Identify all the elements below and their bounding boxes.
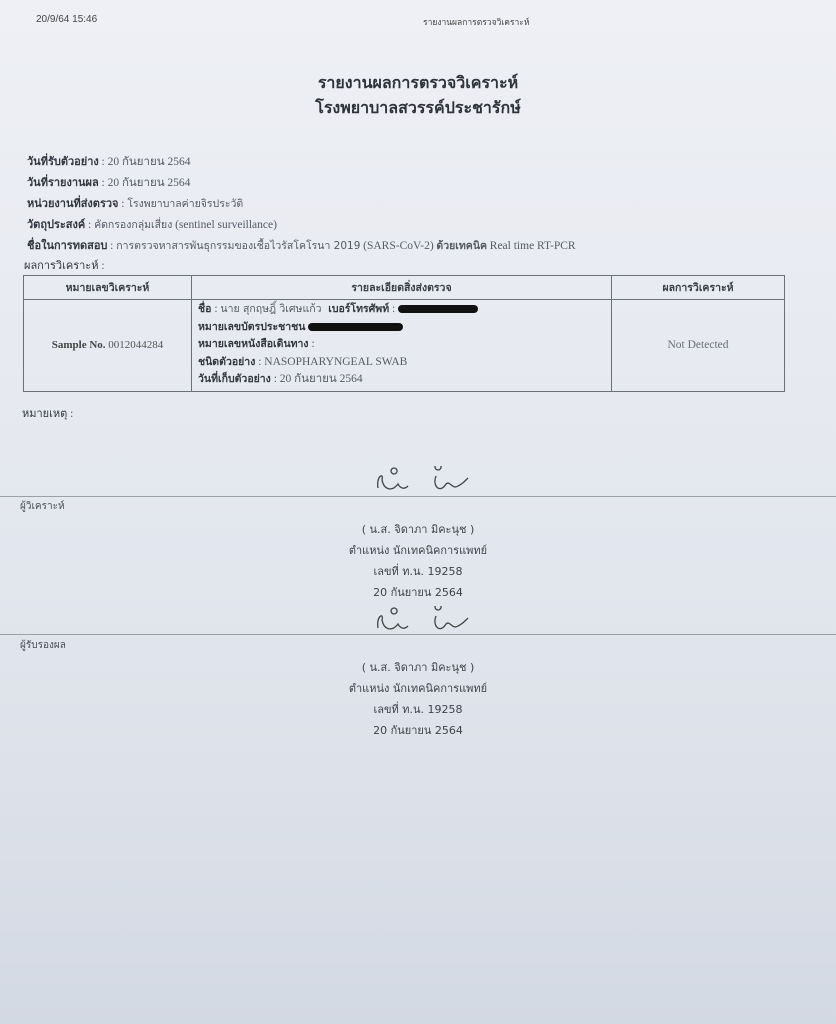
method-label: ด้วยเทคนิค [436, 240, 487, 252]
analyst-position: ตำแหน่ง นักเทคนิคการแพทย์ [0, 540, 836, 561]
field-value: การตรวจหาสารพันธุกรรมของเชื้อไวรัสโคโรนา… [116, 240, 360, 252]
detail-specimen: ชนิดตัวอย่าง : NASOPHARYNGEAL SWAB [192, 354, 611, 372]
print-doc-label: รายงานผลการตรวจวิเคราะห์ [423, 15, 529, 29]
results-table: หมายเลขวิเคราะห์ รายละเอียดสิ่งส่งตรวจ ผ… [23, 275, 785, 392]
field-value-en: (sentinel surveillance) [175, 219, 277, 231]
sample-no-value: 0012044284 [108, 339, 163, 351]
table-row: Sample No. 0012044284 ชื่อ : นาย สุกฤษฎิ… [24, 300, 785, 392]
col-header-result: ผลการวิเคราะห์ [612, 276, 785, 300]
field-value: คัดกรองกลุ่มเสี่ยง [94, 219, 172, 231]
analyst-name: ( น.ส. จิดาภา มิคะนุช ) [0, 519, 836, 540]
field-purpose: วัตถุประสงค์ : คัดกรองกลุ่มเสี่ยง (senti… [27, 215, 277, 233]
specimen-value: NASOPHARYNGEAL SWAB [264, 356, 407, 368]
approver-block: ( น.ส. จิดาภา มิคะนุช ) ตำแหน่ง นักเทคนิ… [0, 657, 836, 741]
field-value: 20 กันยายน 2564 [108, 177, 191, 189]
approver-name: ( น.ส. จิดาภา มิคะนุช ) [0, 657, 836, 678]
sample-no-cell: Sample No. 0012044284 [24, 300, 192, 392]
collect-date-value: 20 กันยายน 2564 [280, 373, 363, 385]
col-header-details: รายละเอียดสิ่งส่งตรวจ [192, 276, 612, 300]
detail-name: ชื่อ : นาย สุกฤษฎิ์ วิเศษแก้ว เบอร์โทรศั… [192, 301, 611, 319]
details-cell: ชื่อ : นาย สุกฤษฎิ์ วิเศษแก้ว เบอร์โทรศั… [192, 300, 612, 392]
field-value: โรงพยาบาลค่ายจิรประวัติ [127, 198, 243, 210]
name-value: นาย สุกฤษฎิ์ วิเศษแก้ว [220, 303, 321, 315]
remark-label: หมายเหตุ [22, 407, 67, 420]
print-datetime: 20/9/64 15:46 [36, 14, 97, 25]
specimen-label: ชนิดตัวอย่าง [198, 356, 255, 368]
analyst-license: เลขที่ ท.น. 19258 [0, 561, 836, 582]
field-received-date: วันที่รับตัวอย่าง : 20 กันยายน 2564 [27, 152, 190, 171]
field-label: ผลการวิเคราะห์ [24, 259, 98, 272]
field-value: 20 กันยายน 2564 [108, 156, 191, 168]
result-cell: Not Detected [612, 300, 785, 392]
divider [0, 496, 836, 497]
id-label: หมายเลขบัตรประชาชน [198, 321, 306, 333]
phone-label: เบอร์โทรศัพท์ [328, 303, 389, 315]
approver-license: เลขที่ ท.น. 19258 [0, 699, 836, 720]
report-title: รายงานผลการตรวจวิเคราะห์ [0, 71, 836, 96]
table-header-row: หมายเลขวิเคราะห์ รายละเอียดสิ่งส่งตรวจ ผ… [24, 276, 785, 300]
divider [0, 634, 836, 635]
remark: หมายเหตุ : [22, 404, 73, 422]
name-label: ชื่อ [198, 303, 211, 315]
analyst-block: ( น.ส. จิดาภา มิคะนุช ) ตำแหน่ง นักเทคนิ… [0, 519, 836, 603]
field-label: วันที่รายงานผล [27, 176, 99, 189]
field-result-heading: ผลการวิเคราะห์ : [24, 256, 105, 274]
analyst-date: 20 กันยายน 2564 [0, 582, 836, 603]
analyst-role-label: ผู้วิเคราะห์ [20, 499, 65, 514]
hospital-name: โรงพยาบาลสวรรค์ประชารักษ์ [0, 96, 836, 121]
detail-passport: หมายเลขหนังสือเดินทาง : [192, 336, 611, 354]
id-redaction [308, 323, 403, 331]
detail-id-card: หมายเลขบัตรประชาชน : [192, 319, 611, 337]
field-label: วันที่รับตัวอย่าง [27, 155, 99, 168]
approver-role-label: ผู้รับรองผล [20, 638, 66, 653]
field-label: วัตถุประสงค์ [27, 218, 85, 231]
field-sender-unit: หน่วยงานที่ส่งตรวจ : โรงพยาบาลค่ายจิรประ… [27, 194, 243, 212]
sample-no-label: Sample No. [52, 339, 106, 351]
field-test-name: ชื่อในการทดสอบ : การตรวจหาสารพันธุกรรมขอ… [27, 236, 576, 254]
field-value-en: (SARS-CoV-2) [363, 240, 434, 252]
analyst-signature-icon [370, 466, 500, 500]
method-value: Real time RT-PCR [490, 240, 576, 252]
field-label: ชื่อในการทดสอบ [27, 239, 107, 252]
passport-label: หมายเลขหนังสือเดินทาง [198, 338, 309, 350]
approver-date: 20 กันยายน 2564 [0, 720, 836, 741]
field-report-date: วันที่รายงานผล : 20 กันยายน 2564 [27, 173, 190, 192]
collect-date-label: วันที่เก็บตัวอย่าง [198, 373, 271, 385]
field-label: หน่วยงานที่ส่งตรวจ [27, 197, 118, 210]
phone-redaction [398, 305, 478, 313]
approver-position: ตำแหน่ง นักเทคนิคการแพทย์ [0, 678, 836, 699]
col-header-sample-no: หมายเลขวิเคราะห์ [24, 276, 192, 300]
detail-collect-date: วันที่เก็บตัวอย่าง : 20 กันยายน 2564 [192, 371, 611, 389]
